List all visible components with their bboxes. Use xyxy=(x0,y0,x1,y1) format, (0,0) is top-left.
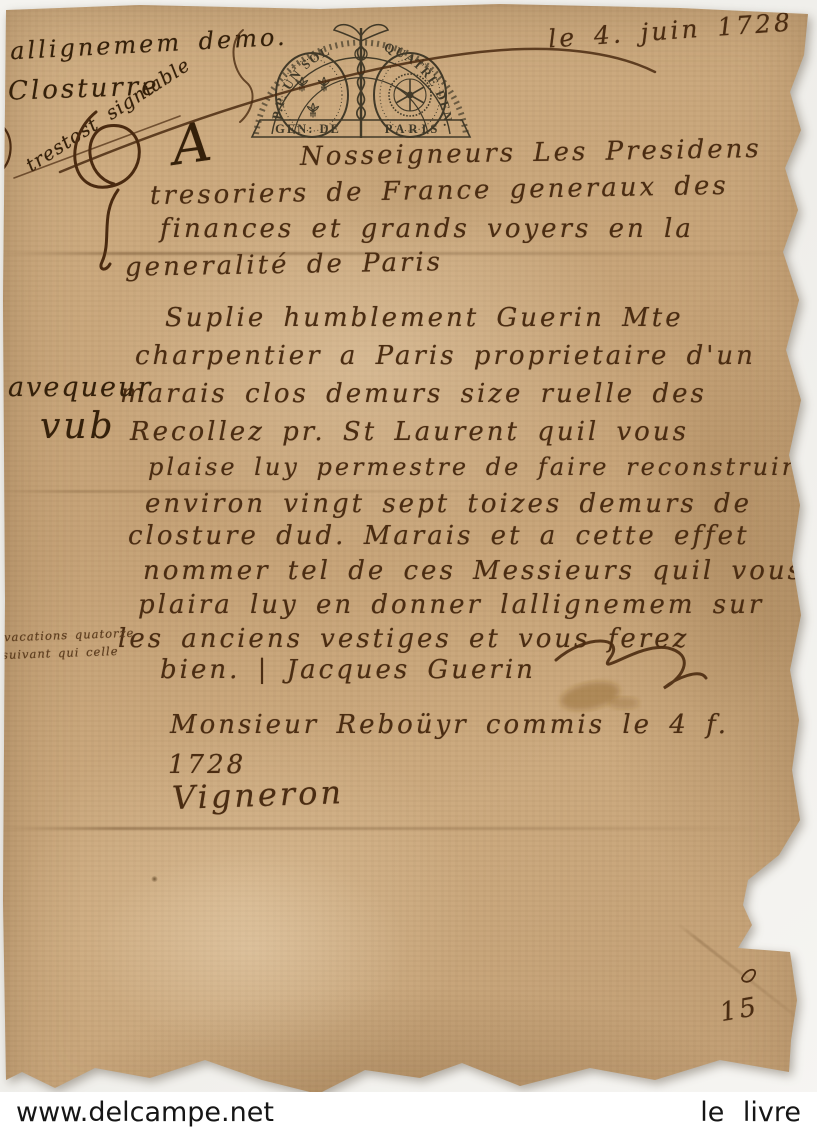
manuscript-line-signature: Vigneron xyxy=(171,773,344,817)
age-stain xyxy=(90,850,410,1050)
manuscript-line: Suplie humblement Guerin Mte xyxy=(165,303,684,333)
manuscript-line: finances et grands voyers en la xyxy=(160,214,694,244)
speck xyxy=(151,876,158,882)
manuscript-line: nommer tel de ces Messieurs quil vous xyxy=(143,556,804,586)
manuscript-line: les anciens vestiges et vous ferez xyxy=(118,624,689,654)
fold-crease xyxy=(0,827,768,830)
manuscript-line-signature: bien. | Jacques Guerin xyxy=(160,655,536,685)
manuscript-line: 1728 xyxy=(168,750,246,780)
paper-surface: P.P. UN SOL QUATRE DEN. xyxy=(0,0,817,1132)
manuscript-line: plaise luy permestre de faire reconstrui… xyxy=(148,453,813,481)
stamp-banner-left-text: GEN: DE xyxy=(275,122,341,136)
address-initial: A xyxy=(168,109,218,177)
manuscript-line: closture dud. Marais et a cette effet xyxy=(128,521,750,551)
margin-note: avequeur xyxy=(8,372,152,403)
manuscript-line: Monsieur Reboüyr commis le 4 f. xyxy=(170,710,729,740)
watermark-bar: www.delcampe.net le livre xyxy=(0,1092,817,1132)
manuscript-line: Recollez pr. St Laurent quil vous xyxy=(130,417,689,447)
watermark-site-url: www.delcampe.net xyxy=(16,1097,274,1128)
manuscript-line: marais clos demurs size ruelle des xyxy=(120,379,707,409)
manuscript-line: generalité de Paris xyxy=(125,247,444,283)
watermark-category-label: le livre xyxy=(700,1097,801,1128)
stamp-banner-right-text: PARIS xyxy=(385,122,442,136)
manuscript-line: charpentier a Paris proprietaire d'un xyxy=(135,341,756,371)
manuscript-line: environ vingt sept toizes demurs de xyxy=(145,489,752,519)
margin-note: vub xyxy=(40,406,116,447)
paper-sheet: P.P. UN SOL QUATRE DEN. xyxy=(0,0,817,1132)
manuscript-line: plaira luy en donner lallignemem sur xyxy=(138,590,764,620)
manuscript-scan: P.P. UN SOL QUATRE DEN. xyxy=(0,0,817,1132)
